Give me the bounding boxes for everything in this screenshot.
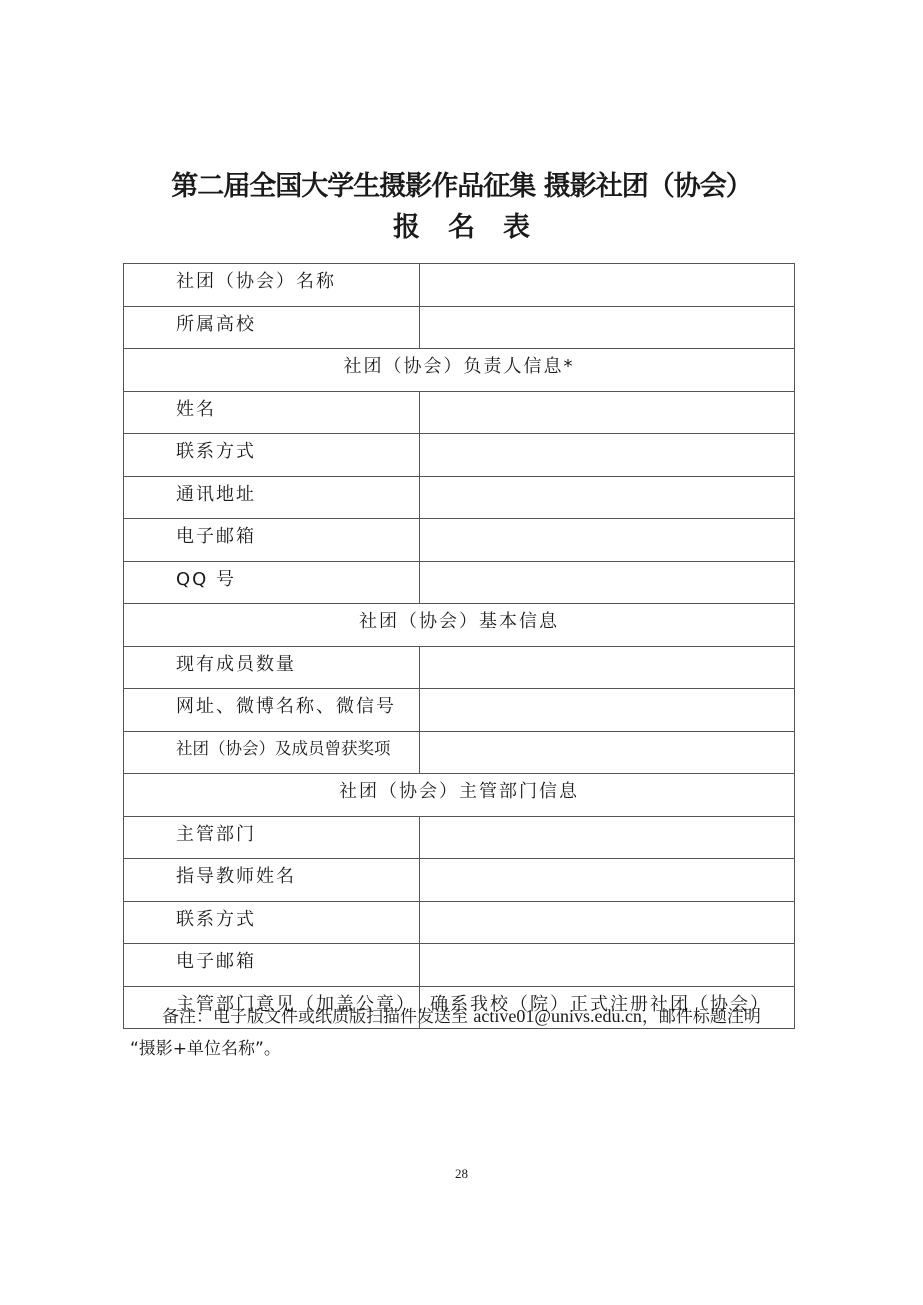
input-advisor-name[interactable] bbox=[420, 859, 795, 902]
page-number: 28 bbox=[0, 1166, 923, 1182]
section-dept-info: 社团（协会）主管部门信息 bbox=[124, 774, 795, 817]
input-club-name[interactable] bbox=[420, 264, 795, 307]
input-member-count[interactable] bbox=[420, 646, 795, 689]
input-department[interactable] bbox=[420, 816, 795, 859]
input-address[interactable] bbox=[420, 476, 795, 519]
label-member-count: 现有成员数量 bbox=[124, 646, 420, 689]
form-row-advisor-name: 指导教师姓名 bbox=[124, 859, 795, 902]
form-row-qq: QQ 号 bbox=[124, 561, 795, 604]
label-club-name: 社团（协会）名称 bbox=[124, 264, 420, 307]
input-web-social[interactable] bbox=[420, 689, 795, 732]
label-web-social: 网址、微博名称、微信号 bbox=[124, 689, 420, 732]
label-advisor-email: 电子邮箱 bbox=[124, 944, 420, 987]
note-line-2: “摄影+单位名称”。 bbox=[130, 1039, 281, 1059]
label-advisor-contact: 联系方式 bbox=[124, 901, 420, 944]
label-address: 通讯地址 bbox=[124, 476, 420, 519]
label-qq: QQ 号 bbox=[124, 561, 420, 604]
section-basic-info: 社团（协会）基本信息 bbox=[124, 604, 795, 647]
label-advisor-name: 指导教师姓名 bbox=[124, 859, 420, 902]
form-row-department: 主管部门 bbox=[124, 816, 795, 859]
form-row-name: 姓名 bbox=[124, 391, 795, 434]
label-contact: 联系方式 bbox=[124, 434, 420, 477]
document-title: 第二届全国大学生摄影作品征集 摄影社团（协会） bbox=[0, 164, 923, 203]
note-suffix: ，邮件标题注明 bbox=[642, 1007, 761, 1027]
section-row-dept-info: 社团（协会）主管部门信息 bbox=[124, 774, 795, 817]
input-contact[interactable] bbox=[420, 434, 795, 477]
form-row-club-name: 社团（协会）名称 bbox=[124, 264, 795, 307]
label-department: 主管部门 bbox=[124, 816, 420, 859]
section-leader-info: 社团（协会）负责人信息* bbox=[124, 349, 795, 392]
label-university: 所属高校 bbox=[124, 306, 420, 349]
form-row-advisor-contact: 联系方式 bbox=[124, 901, 795, 944]
contact-email-link[interactable]: active01@univs.edu.cn bbox=[473, 1006, 642, 1026]
form-row-member-count: 现有成员数量 bbox=[124, 646, 795, 689]
submission-note: 备注：电子版文件或纸质版扫描件发送至 active01@univs.edu.cn… bbox=[130, 1000, 810, 1065]
form-row-web-social: 网址、微博名称、微信号 bbox=[124, 689, 795, 732]
label-name: 姓名 bbox=[124, 391, 420, 434]
section-row-leader-info: 社团（协会）负责人信息* bbox=[124, 349, 795, 392]
input-advisor-email[interactable] bbox=[420, 944, 795, 987]
section-row-basic-info: 社团（协会）基本信息 bbox=[124, 604, 795, 647]
input-name[interactable] bbox=[420, 391, 795, 434]
input-email[interactable] bbox=[420, 519, 795, 562]
label-awards: 社团（协会）及成员曾获奖项 bbox=[124, 731, 420, 774]
document-subtitle: 报名表 bbox=[0, 205, 923, 244]
input-university[interactable] bbox=[420, 306, 795, 349]
label-email: 电子邮箱 bbox=[124, 519, 420, 562]
note-line-1: 备注：电子版文件或纸质版扫描件发送至 active01@univs.edu.cn… bbox=[130, 1000, 810, 1033]
form-row-contact: 联系方式 bbox=[124, 434, 795, 477]
form-row-awards: 社团（协会）及成员曾获奖项 bbox=[124, 731, 795, 774]
note-prefix: 备注：电子版文件或纸质版扫描件发送至 bbox=[162, 1007, 473, 1027]
input-awards[interactable] bbox=[420, 731, 795, 774]
form-row-advisor-email: 电子邮箱 bbox=[124, 944, 795, 987]
registration-form-table: 社团（协会）名称 所属高校 社团（协会）负责人信息* 姓名 联系方式 通讯地址 … bbox=[123, 263, 795, 1029]
form-row-email: 电子邮箱 bbox=[124, 519, 795, 562]
input-advisor-contact[interactable] bbox=[420, 901, 795, 944]
form-row-university: 所属高校 bbox=[124, 306, 795, 349]
input-qq[interactable] bbox=[420, 561, 795, 604]
form-row-address: 通讯地址 bbox=[124, 476, 795, 519]
